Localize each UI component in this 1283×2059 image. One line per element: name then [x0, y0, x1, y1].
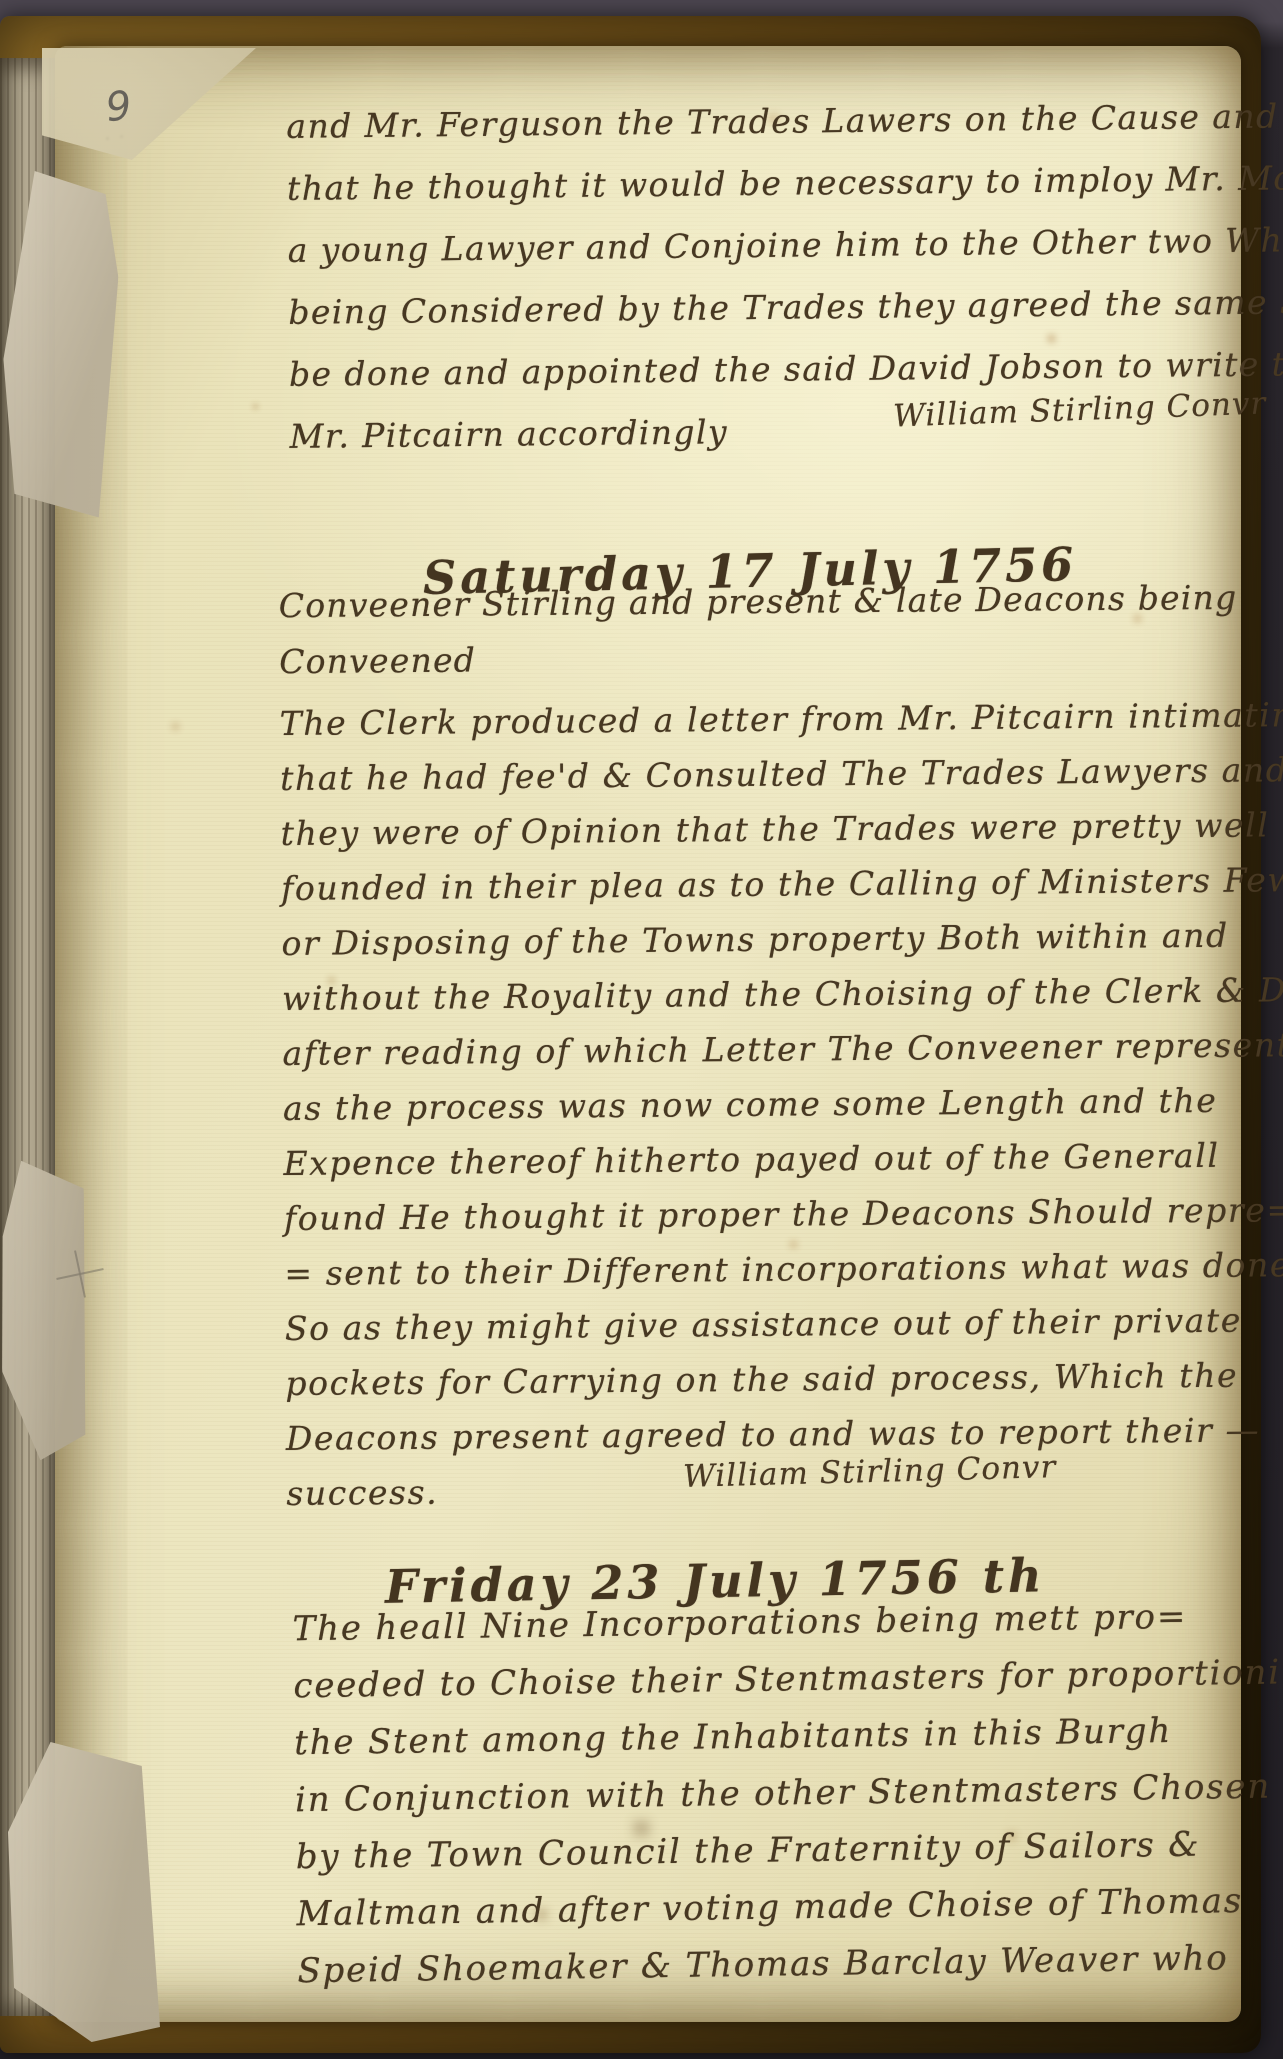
manuscript-line: pockets for Carrying on the said process…: [285, 1346, 1283, 1411]
manuscript-page: and Mr. Ferguson the Trades Lawers on th…: [55, 46, 1241, 2022]
manuscript-line: Expence thereof hitherto payed out of th…: [283, 1126, 1283, 1191]
manuscript-line: = sent to their Different incorporations…: [284, 1236, 1283, 1301]
manuscript-line: that he thought it would be necessary to…: [287, 146, 1283, 220]
foxing-spots: [55, 46, 56, 47]
manuscript-line: as the process was now come some Length …: [283, 1071, 1283, 1136]
minute-entry-saturday: The Clerk produced a letter from Mr. Pit…: [279, 686, 1283, 1521]
manuscript-line: and Mr. Ferguson the Trades Lawers on th…: [286, 84, 1283, 158]
manuscript-line: The Clerk produced a letter from Mr. Pit…: [279, 686, 1283, 751]
attendance-note: Conveener Stirling and present & late De…: [279, 570, 1239, 690]
manuscript-line: So as they might give assistance out of …: [285, 1291, 1283, 1356]
manuscript-line: Conveened: [279, 626, 1238, 690]
minute-entry-friday: The heall Nine Incorporations being mett…: [292, 1587, 1283, 2000]
repair-tape: [8, 1742, 160, 2042]
manuscript-line: they were of Opinion that the Trades wer…: [280, 796, 1283, 861]
manuscript-line: founded in their plea as to the Calling …: [281, 851, 1283, 916]
folio-number: 9: [104, 83, 134, 131]
manuscript-line: found He thought it proper the Deacons S…: [284, 1181, 1283, 1246]
manuscript-line: Conveener Stirling and present & late De…: [279, 570, 1238, 634]
manuscript-photograph: and Mr. Ferguson the Trades Lawers on th…: [0, 0, 1283, 2059]
manuscript-line: or Disposing of the Towns property Both …: [281, 906, 1283, 971]
manuscript-line: that he had fee'd & Consulted The Trades…: [280, 741, 1283, 806]
manuscript-line: being Considered by the Trades they agre…: [288, 270, 1283, 344]
manuscript-line: without the Royality and the Choising of…: [282, 961, 1283, 1026]
manuscript-line: after reading of which Letter The Convee…: [282, 1016, 1283, 1081]
pencil-cross-mark: [52, 1246, 109, 1303]
manuscript-line: a young Lawyer and Conjoine him to the O…: [287, 208, 1283, 282]
